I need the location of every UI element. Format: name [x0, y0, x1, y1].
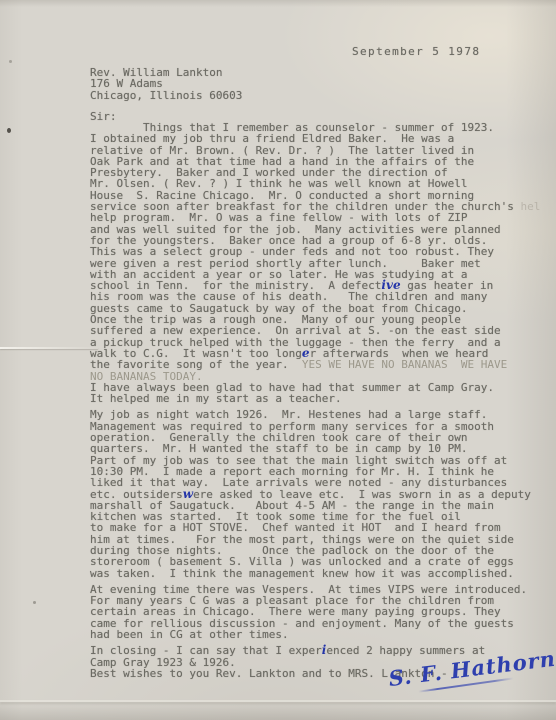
ink-speck	[9, 60, 12, 63]
letter-date: September 5 1978	[352, 46, 480, 57]
paragraph: Things that I remember as counselor - su…	[90, 122, 540, 404]
paper-crease	[0, 347, 98, 349]
letter-line: was taken. I think the management knew h…	[90, 568, 540, 579]
ink-speck	[7, 128, 11, 133]
recipient-street: 176 W Adams	[90, 78, 242, 89]
letter-line: It helped me in my start as a teacher.	[90, 393, 540, 404]
letter-line: had been in CG at other times.	[90, 629, 540, 640]
recipient-city: Chicago, Illinois 60603	[90, 90, 242, 101]
letter-body: Things that I remember as counselor - su…	[90, 122, 540, 684]
recipient-address: Rev. William Lankton 176 W Adams Chicago…	[90, 67, 242, 101]
paragraph: At evening time there was Vespers. At ti…	[90, 584, 540, 640]
letter-page: September 5 1978 Rev. William Lankton 17…	[0, 0, 556, 720]
paper-crease	[0, 700, 556, 702]
ink-speck	[33, 601, 36, 604]
paragraph: My job as night watch 1926. Mr. Hestenes…	[90, 409, 540, 578]
